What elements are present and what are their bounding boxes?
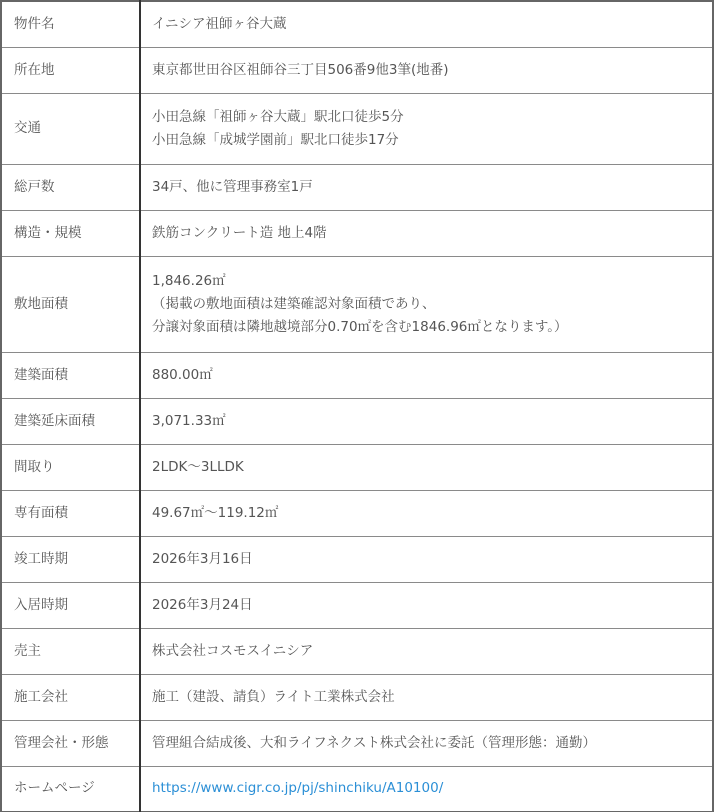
label-contractor: 施工会社 <box>1 674 140 720</box>
row-building-area: 建築面積 880.00㎡ <box>1 352 713 398</box>
label-property-name: 物件名 <box>1 1 140 47</box>
row-floor-plan: 間取り 2LDK〜3LLDK <box>1 444 713 490</box>
value-floor-plan: 2LDK〜3LLDK <box>140 444 713 490</box>
value-property-name: イニシア祖師ヶ谷大蔵 <box>140 1 713 47</box>
label-homepage: ホームページ <box>1 766 140 812</box>
value-management: 管理組合結成後、大和ライフネクスト株式会社に委託（管理形態：通勤） <box>140 720 713 766</box>
value-total-units: 34戸、他に管理事務室1戸 <box>140 164 713 210</box>
value-exclusive-area: 49.67㎡〜119.12㎡ <box>140 490 713 536</box>
label-total-units: 総戸数 <box>1 164 140 210</box>
row-seller: 売主 株式会社コスモスイニシア <box>1 628 713 674</box>
row-move-in-date: 入居時期 2026年3月24日 <box>1 582 713 628</box>
value-contractor: 施工（建設、請負）ライト工業株式会社 <box>140 674 713 720</box>
value-seller: 株式会社コスモスイニシア <box>140 628 713 674</box>
row-site-area: 敷地面積 1,846.26㎡ （掲載の敷地面積は建築確認対象面積であり、 分譲対… <box>1 256 713 352</box>
label-exclusive-area: 専有面積 <box>1 490 140 536</box>
row-access: 交通 小田急線「祖師ヶ谷大蔵」駅北口徒歩5分 小田急線「成城学園前」駅北口徒歩1… <box>1 93 713 164</box>
value-line: 東京都世田谷区祖師谷三丁目506番9他3筆(地番) <box>152 59 701 82</box>
label-management: 管理会社・形態 <box>1 720 140 766</box>
value-line: 鉄筋コンクリート造 地上4階 <box>152 222 701 245</box>
value-line: 2026年3月24日 <box>152 594 701 617</box>
value-location: 東京都世田谷区祖師谷三丁目506番9他3筆(地番) <box>140 47 713 93</box>
label-total-floor-area: 建築延床面積 <box>1 398 140 444</box>
value-line: 株式会社コスモスイニシア <box>152 640 701 663</box>
value-line: 3,071.33㎡ <box>152 410 701 433</box>
value-line: 小田急線「祖師ヶ谷大蔵」駅北口徒歩5分 <box>152 106 701 129</box>
label-structure: 構造・規模 <box>1 210 140 256</box>
value-access: 小田急線「祖師ヶ谷大蔵」駅北口徒歩5分 小田急線「成城学園前」駅北口徒歩17分 <box>140 93 713 164</box>
value-site-area: 1,846.26㎡ （掲載の敷地面積は建築確認対象面積であり、 分譲対象面積は隣… <box>140 256 713 352</box>
label-floor-plan: 間取り <box>1 444 140 490</box>
label-building-area: 建築面積 <box>1 352 140 398</box>
value-homepage: https://www.cigr.co.jp/pj/shinchiku/A101… <box>140 766 713 812</box>
value-completion-date: 2026年3月16日 <box>140 536 713 582</box>
row-homepage: ホームページ https://www.cigr.co.jp/pj/shinchi… <box>1 766 713 812</box>
row-contractor: 施工会社 施工（建設、請負）ライト工業株式会社 <box>1 674 713 720</box>
value-line: 2LDK〜3LLDK <box>152 456 701 479</box>
value-line: 2026年3月16日 <box>152 548 701 571</box>
value-line: 分譲対象面積は隣地越境部分0.70㎡を含む1846.96㎡となります。） <box>152 316 701 339</box>
row-management: 管理会社・形態 管理組合結成後、大和ライフネクスト株式会社に委託（管理形態：通勤… <box>1 720 713 766</box>
value-building-area: 880.00㎡ <box>140 352 713 398</box>
label-location: 所在地 <box>1 47 140 93</box>
value-line: 49.67㎡〜119.12㎡ <box>152 502 701 525</box>
label-completion-date: 竣工時期 <box>1 536 140 582</box>
value-line: 小田急線「成城学園前」駅北口徒歩17分 <box>152 129 701 152</box>
value-line: 880.00㎡ <box>152 364 701 387</box>
row-location: 所在地 東京都世田谷区祖師谷三丁目506番9他3筆(地番) <box>1 47 713 93</box>
value-total-floor-area: 3,071.33㎡ <box>140 398 713 444</box>
value-line: （掲載の敷地面積は建築確認対象面積であり、 <box>152 293 701 316</box>
row-total-floor-area: 建築延床面積 3,071.33㎡ <box>1 398 713 444</box>
value-line: イニシア祖師ヶ谷大蔵 <box>152 13 701 36</box>
row-total-units: 総戸数 34戸、他に管理事務室1戸 <box>1 164 713 210</box>
value-line: 34戸、他に管理事務室1戸 <box>152 176 701 199</box>
value-line: 1,846.26㎡ <box>152 270 701 293</box>
value-line: 施工（建設、請負）ライト工業株式会社 <box>152 686 701 709</box>
label-access: 交通 <box>1 93 140 164</box>
row-completion-date: 竣工時期 2026年3月16日 <box>1 536 713 582</box>
row-exclusive-area: 専有面積 49.67㎡〜119.12㎡ <box>1 490 713 536</box>
label-seller: 売主 <box>1 628 140 674</box>
property-spec-table: 物件名 イニシア祖師ヶ谷大蔵 所在地 東京都世田谷区祖師谷三丁目506番9他3筆… <box>0 0 714 812</box>
label-site-area: 敷地面積 <box>1 256 140 352</box>
value-line: 管理組合結成後、大和ライフネクスト株式会社に委託（管理形態：通勤） <box>152 732 701 755</box>
row-structure: 構造・規模 鉄筋コンクリート造 地上4階 <box>1 210 713 256</box>
label-move-in-date: 入居時期 <box>1 582 140 628</box>
value-move-in-date: 2026年3月24日 <box>140 582 713 628</box>
row-property-name: 物件名 イニシア祖師ヶ谷大蔵 <box>1 1 713 47</box>
homepage-link[interactable]: https://www.cigr.co.jp/pj/shinchiku/A101… <box>152 780 443 796</box>
value-structure: 鉄筋コンクリート造 地上4階 <box>140 210 713 256</box>
